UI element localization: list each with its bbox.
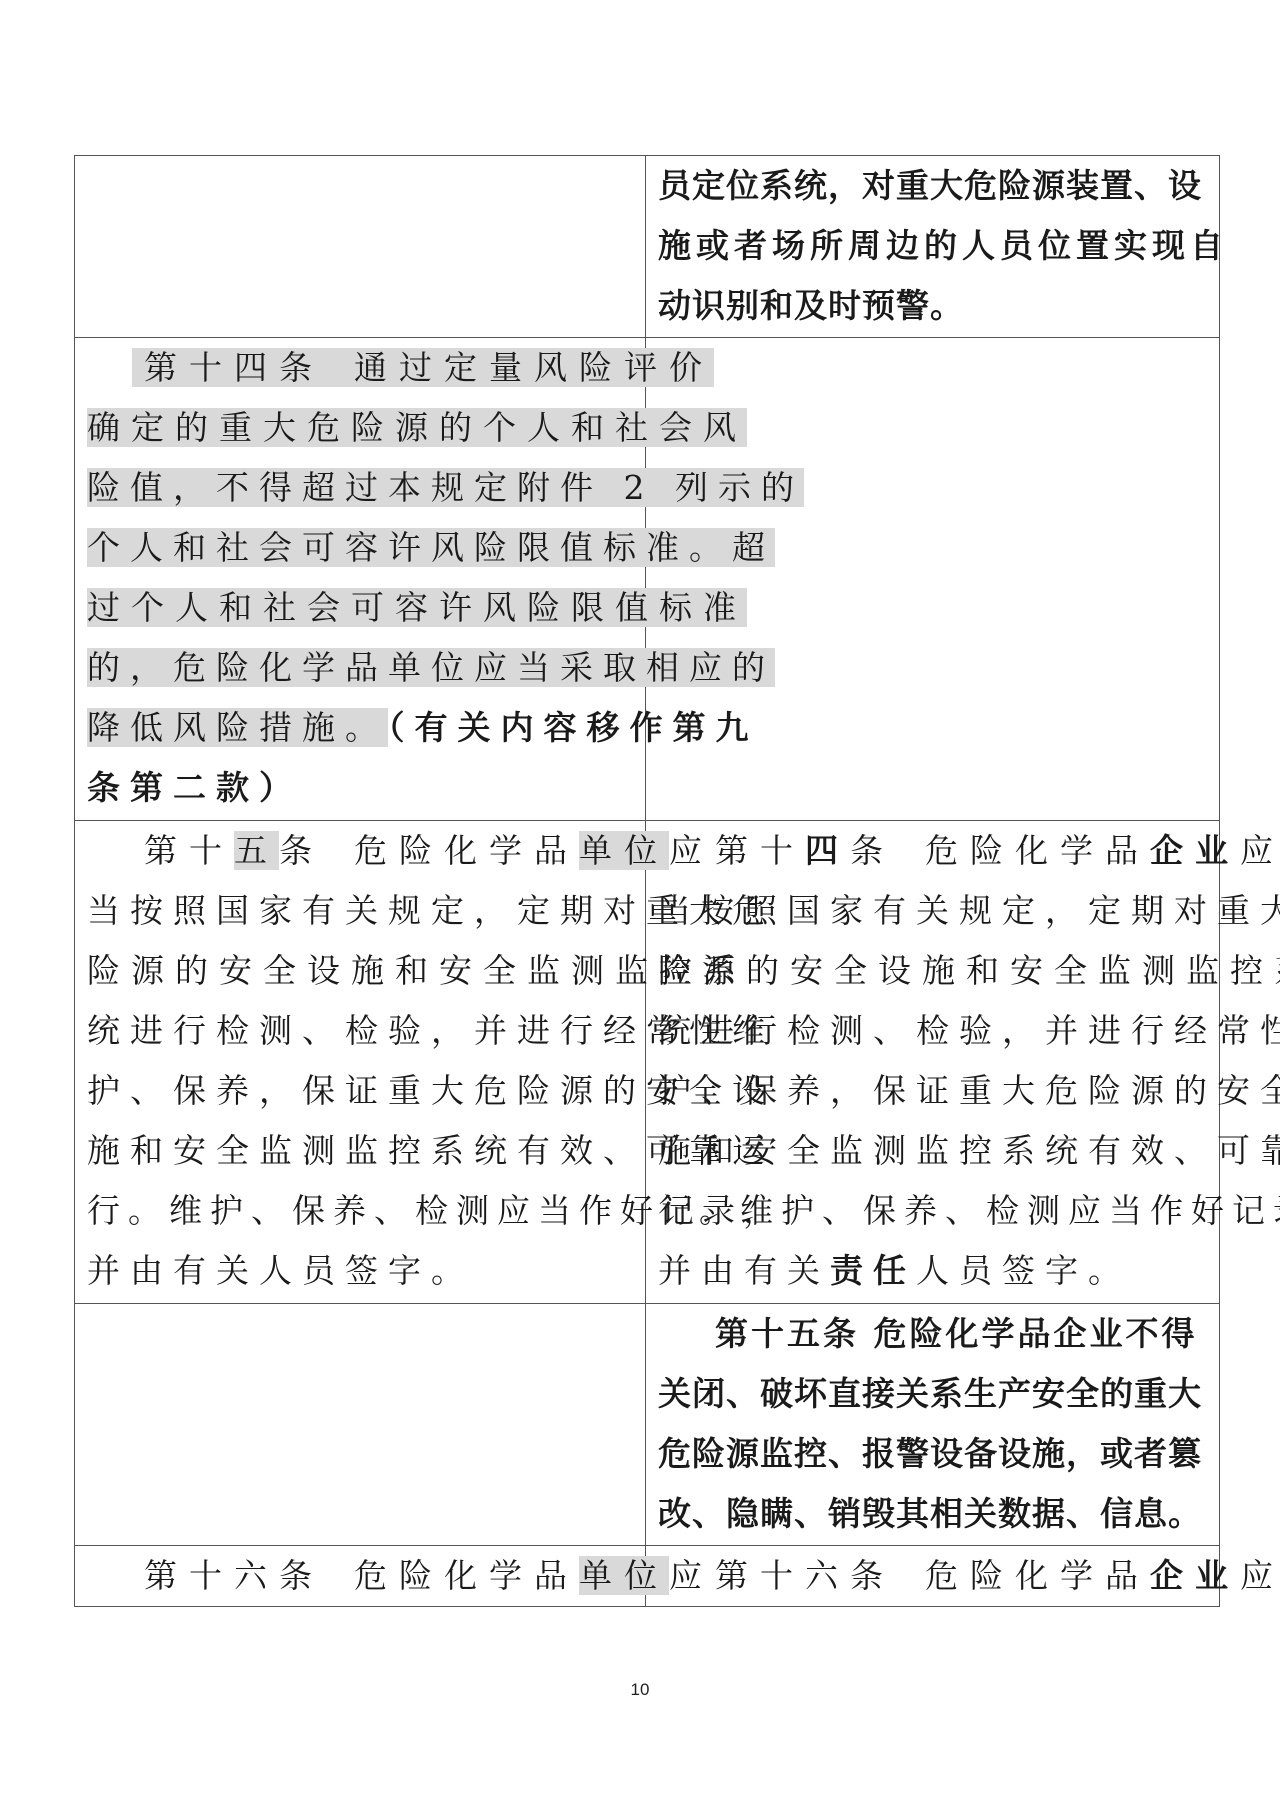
text-span: 第十六条 xyxy=(715,1556,895,1595)
text-line: 第十四条危险化学品企业应 xyxy=(658,821,1207,881)
table-row: 第十五条 危险化学品企业不得 关闭、破坏直接关系生产安全的重大 危险源监控、报警… xyxy=(75,1304,1220,1546)
text-span: 2 xyxy=(624,468,655,507)
highlighted-text: 降低风险措施。 xyxy=(87,708,388,747)
text-line: 险值，不得超过本规定附件 2 列示的 xyxy=(87,458,633,518)
text-line: 动识别和及时预警。 xyxy=(658,276,1207,336)
text-line: 的，危险化学品单位应当采取相应的 xyxy=(87,638,633,698)
highlighted-text: 的，危险化学品单位应当采取相应的 xyxy=(87,648,775,687)
text-line: 施或者场所周边的人员位置实现自 xyxy=(658,216,1207,276)
text-line: 第十四条通过定量风险评价 xyxy=(87,338,633,398)
text-line: 第十五条 危险化学品企业不得 xyxy=(658,1304,1207,1364)
article-number-highlighted: 第十四条 xyxy=(132,348,324,387)
table-row: 第十六条危险化学品单位应 第十六条危险化学品企业应 xyxy=(75,1546,1220,1607)
text-line: 统进行检测、检验，并进行经常性维 xyxy=(87,1001,633,1061)
text-line: 危险源监控、报警设备设施，或者篡 xyxy=(658,1424,1207,1484)
table-row: 第十四条通过定量风险评价 确定的重大危险源的个人和社会风 险值，不得超过本规定附… xyxy=(75,338,1220,821)
bold-text: 企业 xyxy=(1150,1556,1240,1595)
text-span: 危险化学品 xyxy=(324,1556,579,1595)
text-line: 统进行检测、检验，并进行经常性维 xyxy=(658,1001,1207,1061)
table-row: 员定位系统，对重大危险源装置、设 施或者场所周边的人员位置实现自 动识别和及时预… xyxy=(75,156,1220,338)
highlighted-text: 单位 xyxy=(579,1556,669,1595)
text-span: 危险化学品 xyxy=(895,831,1150,870)
page-number: 10 xyxy=(0,1680,1280,1700)
text-line: 当按照国家有关规定，定期对重大危 xyxy=(658,881,1207,941)
text-line: 并由有关责任人员签字。 xyxy=(658,1241,1207,1301)
text-line: 当按照国家有关规定，定期对重大危 xyxy=(87,881,633,941)
text-line: 护、保养，保证重大危险源的安全设 xyxy=(658,1061,1207,1121)
text-span: 条 xyxy=(850,831,895,870)
text-line: 改、隐瞒、销毁其相关数据、信息。 xyxy=(658,1484,1207,1544)
text-span: 应 xyxy=(669,831,714,870)
text-line: 个人和社会可容许风险限值标准。超 xyxy=(87,518,633,578)
text-line: 护、保养，保证重大危险源的安全设 xyxy=(87,1061,633,1121)
left-cell: 第十四条通过定量风险评价 确定的重大危险源的个人和社会风 险值，不得超过本规定附… xyxy=(75,338,646,821)
highlighted-text: 险值，不得超过本规定附件 2 列示的 xyxy=(87,468,804,507)
text-line: 关闭、破坏直接关系生产安全的重大 xyxy=(658,1364,1207,1424)
right-cell: 第十六条危险化学品企业应 xyxy=(646,1546,1220,1607)
text-line: 第十五条危险化学品单位应 xyxy=(87,821,633,881)
right-cell: 第十五条 危险化学品企业不得 关闭、破坏直接关系生产安全的重大 危险源监控、报警… xyxy=(646,1304,1220,1546)
highlighted-text: 确定的重大危险源的个人和社会风 xyxy=(87,408,747,447)
text-span: 应 xyxy=(669,1556,714,1595)
bold-text: 责任 xyxy=(830,1251,916,1290)
relocation-note: 条第二款） xyxy=(87,758,633,818)
text-line: 员定位系统，对重大危险源装置、设 xyxy=(658,156,1207,216)
text-line: 行。维护、保养、检测应当作好记录， xyxy=(658,1181,1207,1241)
text-line: 第十六条危险化学品企业应 xyxy=(658,1546,1207,1606)
text-line: 险源的安全设施和安全监测监控系 xyxy=(658,941,1207,1001)
highlighted-text: 过个人和社会可容许风险限值标准 xyxy=(87,588,747,627)
left-cell: 第十五条危险化学品单位应 当按照国家有关规定，定期对重大危 险源的安全设施和安全… xyxy=(75,821,646,1304)
text-span: 第十 xyxy=(144,831,234,870)
right-cell: 员定位系统，对重大危险源装置、设 施或者场所周边的人员位置实现自 动识别和及时预… xyxy=(646,156,1220,338)
text-line: 施和安全监测监控系统有效、可靠运 xyxy=(658,1121,1207,1181)
text-line: 行。维护、保养、检测应当作好记录， xyxy=(87,1181,633,1241)
text-line: 险源的安全设施和安全监测监控系 xyxy=(87,941,633,1001)
highlighted-text: 通过定量风险评价 xyxy=(324,348,714,387)
left-cell-empty xyxy=(75,156,646,338)
text-line: 第十六条危险化学品单位应 xyxy=(87,1546,633,1606)
text-span: 应 xyxy=(1240,1556,1280,1595)
text-span: 人员签字。 xyxy=(916,1251,1131,1290)
text-span: 险值，不得超过本规定附件 xyxy=(87,468,603,507)
text-span: 第十六条 xyxy=(144,1556,324,1595)
text-line: 过个人和社会可容许风险限值标准 xyxy=(87,578,633,638)
text-line: 降低风险措施。（有关内容移作第九 xyxy=(87,698,633,758)
bold-text: 企业 xyxy=(1150,831,1240,870)
right-cell: 第十四条危险化学品企业应 当按照国家有关规定，定期对重大危 险源的安全设施和安全… xyxy=(646,821,1220,1304)
relocation-note: （有关内容移作第九 xyxy=(388,708,759,747)
text-span: 应 xyxy=(1240,831,1280,870)
table-row: 第十五条危险化学品单位应 当按照国家有关规定，定期对重大危 险源的安全设施和安全… xyxy=(75,821,1220,1304)
highlighted-text: 单位 xyxy=(579,831,669,870)
text-span: 第十 xyxy=(715,831,805,870)
bold-text: 四 xyxy=(805,831,850,870)
text-span: 并由有关 xyxy=(658,1251,830,1290)
comparison-table: 员定位系统，对重大危险源装置、设 施或者场所周边的人员位置实现自 动识别和及时预… xyxy=(74,155,1220,1607)
text-line: 确定的重大危险源的个人和社会风 xyxy=(87,398,633,458)
text-span: 危险化学品 xyxy=(324,831,579,870)
highlighted-text: 五 xyxy=(234,831,279,870)
text-span: 列示的 xyxy=(675,468,804,507)
left-cell-empty xyxy=(75,1304,646,1546)
text-line: 并由有关人员签字。 xyxy=(87,1241,633,1301)
highlighted-text: 个人和社会可容许风险限值标准。超 xyxy=(87,528,775,567)
text-line: 施和安全监测监控系统有效、可靠运 xyxy=(87,1121,633,1181)
text-span: 危险化学品 xyxy=(895,1556,1150,1595)
text-span: 条 xyxy=(279,831,324,870)
left-cell: 第十六条危险化学品单位应 xyxy=(75,1546,646,1607)
